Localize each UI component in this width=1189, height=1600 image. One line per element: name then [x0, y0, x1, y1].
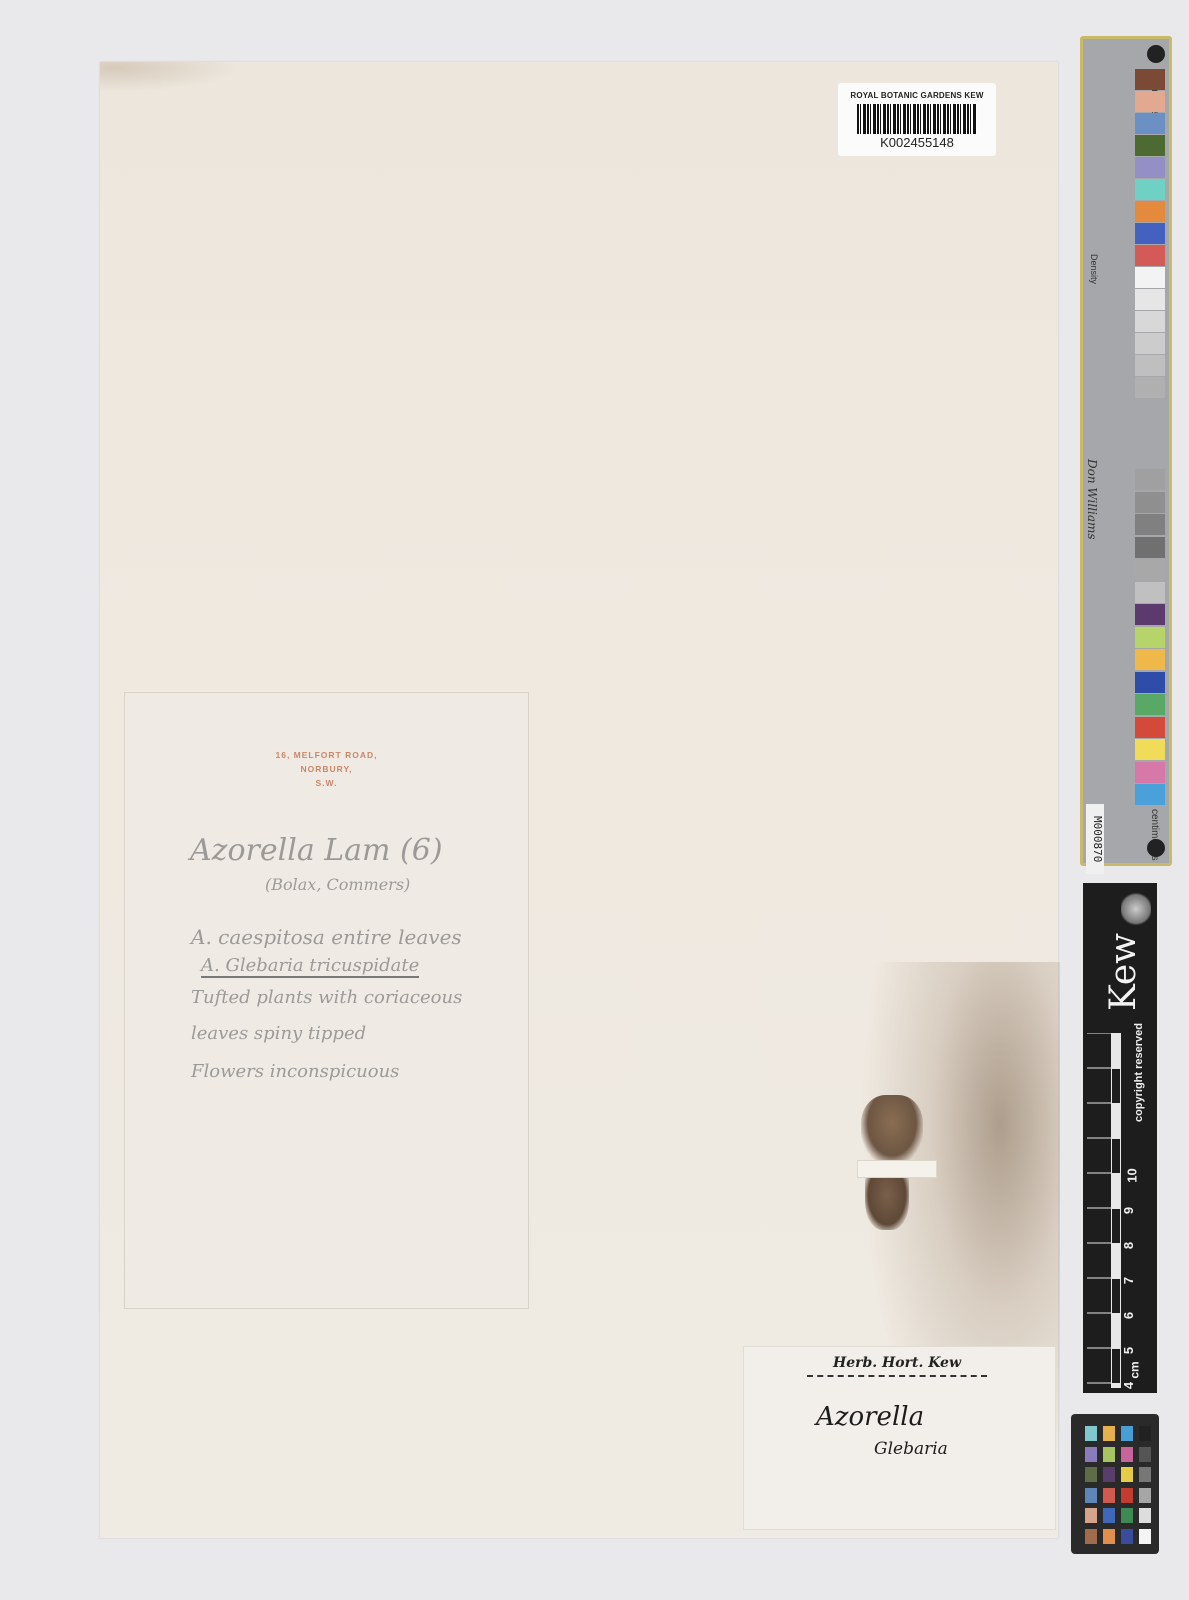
label-species: Glebaria — [874, 1439, 948, 1459]
institution-name: ROYAL BOTANIC GARDENS KEW — [838, 91, 996, 100]
barcode-icon — [857, 104, 977, 134]
color-patch — [1085, 1447, 1097, 1462]
plant-specimen — [857, 1095, 927, 1230]
color-patch — [1139, 1508, 1151, 1523]
color-swatch — [1135, 69, 1165, 90]
color-swatch — [1135, 377, 1165, 398]
kew-logo: Kew — [1103, 933, 1144, 1011]
mounting-strap — [857, 1160, 937, 1178]
ruler-dot-bottom — [1147, 839, 1165, 857]
color-swatch — [1135, 135, 1165, 156]
color-swatch — [1135, 245, 1165, 266]
color-swatch — [1135, 604, 1165, 625]
color-patch — [1085, 1529, 1097, 1544]
scale-number: 5 — [1121, 1347, 1136, 1354]
scale-ruler-icon — [1087, 1033, 1123, 1388]
note-line: Flowers inconspicuous — [191, 1061, 399, 1082]
scale-number: 10 — [1125, 1168, 1140, 1182]
address-line: S.W. — [125, 776, 528, 790]
color-patch — [1121, 1467, 1133, 1482]
color-patch — [1103, 1426, 1115, 1441]
barcode-label: ROYAL BOTANIC GARDENS KEW K002455148 — [838, 83, 996, 156]
scale-number: 8 — [1121, 1242, 1136, 1249]
color-swatch — [1135, 582, 1165, 603]
color-patch — [1121, 1447, 1133, 1462]
note-line: A. Glebaria tricuspidate — [201, 955, 419, 978]
barcode-number: K002455148 — [838, 135, 996, 150]
color-patch — [1085, 1426, 1097, 1441]
color-patch — [1103, 1529, 1115, 1544]
color-swatch — [1135, 333, 1165, 354]
address-line: NORBURY, — [125, 762, 528, 776]
letterhead-address: 16, MELFORT ROAD, NORBURY, S.W. — [125, 748, 528, 790]
herbarium-sheet: ROYAL BOTANIC GARDENS KEW K002455148 16,… — [100, 62, 1058, 1538]
color-swatch — [1135, 157, 1165, 178]
color-patch — [1121, 1508, 1133, 1523]
color-checker-chart — [1071, 1414, 1159, 1554]
ruler-dot-top — [1147, 45, 1165, 63]
color-swatch — [1135, 201, 1165, 222]
color-patch — [1139, 1529, 1151, 1544]
note-line: A. caespitosa entire leaves — [191, 925, 462, 949]
kew-scale-bar: Kew copyright reserved 10 9 8 7 6 5 4 3 … — [1083, 883, 1157, 1393]
note-synonym: (Bolax, Commers) — [265, 875, 410, 894]
color-patch — [1085, 1488, 1097, 1503]
color-patch — [1139, 1426, 1151, 1441]
scale-numbers: 10 9 8 7 6 5 4 3 2 1 — [1123, 1031, 1143, 1386]
color-swatch — [1135, 717, 1165, 738]
color-swatch — [1135, 784, 1165, 805]
color-swatch — [1135, 355, 1165, 376]
color-swatch — [1135, 179, 1165, 200]
color-swatch — [1135, 672, 1165, 693]
density-label: Density — [1089, 254, 1099, 284]
color-swatch — [1135, 113, 1165, 134]
color-swatch — [1135, 739, 1165, 760]
color-swatch — [1135, 537, 1165, 558]
scale-number: 6 — [1121, 1312, 1136, 1319]
scale-number: 9 — [1121, 1207, 1136, 1214]
scale-number: 4 — [1121, 1382, 1136, 1389]
color-swatch — [1135, 91, 1165, 112]
color-patch — [1121, 1488, 1133, 1503]
color-patch — [1103, 1508, 1115, 1523]
color-swatch — [1135, 694, 1165, 715]
color-swatch — [1135, 627, 1165, 648]
color-swatch — [1135, 469, 1165, 490]
color-patch — [1121, 1529, 1133, 1544]
color-swatch — [1135, 311, 1165, 332]
color-swatch — [1135, 649, 1165, 670]
label-genus: Azorella — [816, 1402, 924, 1432]
address-line: 16, MELFORT ROAD, — [125, 748, 528, 762]
color-patch — [1103, 1467, 1115, 1482]
label-header: Herb. Hort. Kew — [807, 1355, 987, 1377]
note-title: Azorella Lam (6) — [190, 833, 443, 868]
color-patch — [1139, 1488, 1151, 1503]
color-swatch — [1135, 492, 1165, 513]
scale-number: 7 — [1121, 1277, 1136, 1284]
kew-crest-icon — [1121, 891, 1151, 927]
letter-note: 16, MELFORT ROAD, NORBURY, S.W. Azorella… — [124, 692, 529, 1309]
color-patch — [1121, 1426, 1133, 1441]
color-patch — [1103, 1488, 1115, 1503]
specimen-tuft — [861, 1095, 923, 1165]
ruler-identifier: M000870 — [1086, 804, 1104, 874]
color-patch — [1085, 1467, 1097, 1482]
note-line: leaves spiny tipped — [191, 1023, 366, 1044]
scale-unit: cm — [1128, 1361, 1142, 1378]
color-patch — [1103, 1447, 1115, 1462]
color-swatch — [1135, 223, 1165, 244]
herbarium-label: Herb. Hort. Kew Azorella Glebaria — [743, 1346, 1056, 1530]
color-swatch — [1135, 514, 1165, 535]
ruler-brand: Don Williams — [1085, 459, 1099, 540]
color-swatch — [1135, 289, 1165, 310]
color-patch — [1139, 1447, 1151, 1462]
color-swatch — [1135, 559, 1165, 580]
color-patch — [1085, 1508, 1097, 1523]
note-line: Tufted plants with coriaceous — [191, 987, 462, 1008]
color-swatch — [1135, 762, 1165, 783]
color-ruler: inches Density Don Williams M000870 cent… — [1080, 36, 1172, 866]
color-patch — [1139, 1467, 1151, 1482]
color-swatch — [1135, 267, 1165, 288]
